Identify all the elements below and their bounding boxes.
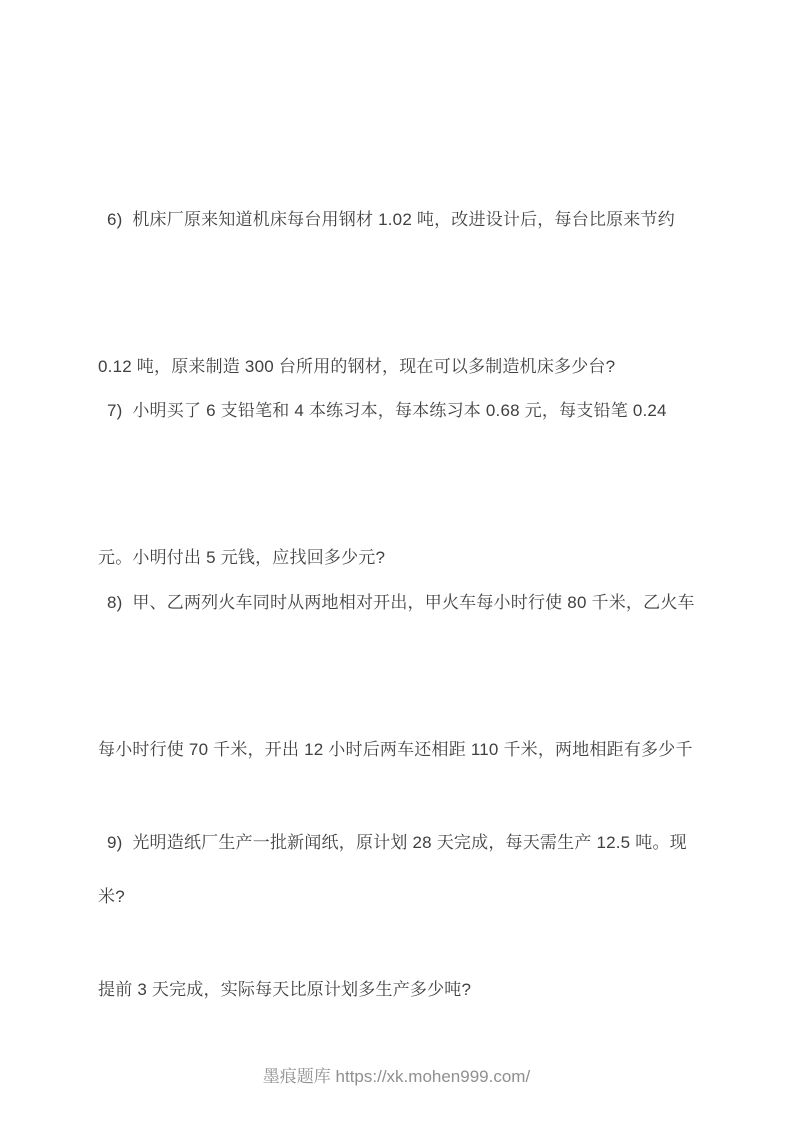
problem-line: 6) 机床厂原来知道机床每台用钢材 1.02 吨，改进设计后，每台比原来节约 (98, 195, 675, 244)
footer-url[interactable]: https://xk.mohen999.com/ (336, 1067, 531, 1086)
worksheet-page: 6) 机床厂原来知道机床每台用钢材 1.02 吨，改进设计后，每台比原来节约 0… (0, 0, 793, 1122)
problem-9: 9) 光明造纸厂生产一批新闻纸，原计划 28 天完成，每天需生产 12.5 吨。… (98, 720, 687, 1112)
problem-line: 8) 甲、乙两列火车同时从两地相对开出，甲火车每小时行使 80 千米，乙火车 (98, 578, 695, 627)
footer-site-name: 墨痕题库 (263, 1067, 331, 1086)
problem-line: 9) 光明造纸厂生产一批新闻纸，原计划 28 天完成，每天需生产 12.5 吨。… (98, 818, 687, 867)
problem-line: 7) 小明买了 6 支铅笔和 4 本练习本，每本练习本 0.68 元，每支铅笔 … (98, 386, 667, 435)
page-footer: 墨痕题库 https://xk.mohen999.com/ (0, 1065, 793, 1089)
problem-line: 提前 3 天完成，实际每天比原计划多生产多少吨? (98, 965, 687, 1014)
